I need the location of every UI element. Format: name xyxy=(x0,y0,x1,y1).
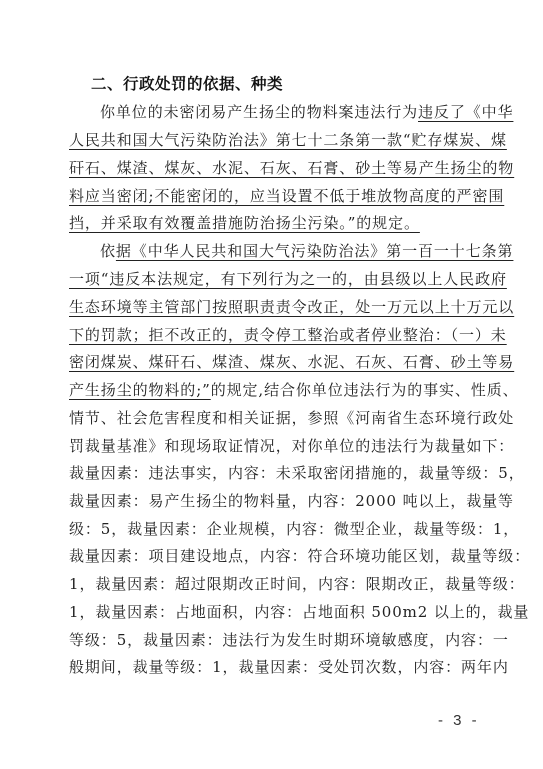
paragraph-line: 级：5，裁量因素：企业规模，内容：微型企业，裁量等级：1， xyxy=(69,519,477,539)
paragraph-line: 你单位的未密闭易产生扬尘的物料案违法行为违反了《中华 xyxy=(100,102,477,122)
paragraph-line: 1，裁量因素：超过限期改正时间，内容：限期改正，裁量等级： xyxy=(69,574,477,594)
paragraph-line: 料应当密闭;不能密闭的，应当设置不低于堆放物高度的严密围 xyxy=(69,186,477,206)
text-span: 你单位的未密闭易产生扬尘的物料案违法行为 xyxy=(100,103,418,121)
paragraph-line: 裁量因素：项目建设地点，内容：符合环境功能区划，裁量等级： xyxy=(69,546,477,566)
page-number: - 3 - xyxy=(438,712,480,729)
paragraph-line: 一项“违反本法规定，有下列行为之一的，由县级以上人民政府 xyxy=(69,269,477,289)
underlined-text: 据《中华人民共和国大气污染防治法》第一百一十七条第 xyxy=(116,242,514,260)
text-span: 依 xyxy=(100,242,116,260)
document-page: 二、行政处罚的依据、种类 你单位的未密闭易产生扬尘的物料案违法行为违反了《中华 … xyxy=(0,0,543,769)
paragraph-line: 挡，并采取有效覆盖措施防治扬尘污染。”的规定。 xyxy=(69,213,477,233)
section-heading: 二、行政处罚的依据、种类 xyxy=(91,72,283,94)
paragraph-line: 情节、社会危害程度和相关证据，参照《河南省生态环境行政处 xyxy=(69,408,477,428)
underlined-text: 违反了《中华 xyxy=(418,103,513,121)
paragraph-line: 裁量因素：易产生扬尘的物料量，内容：2000 吨以上，裁量等 xyxy=(69,491,477,511)
underlined-text: 产生扬尘的物料的;” xyxy=(69,381,211,399)
text-span: 的规定,结合你单位违法行为的事实、性质、 xyxy=(211,381,519,399)
paragraph-line: 生态环境等主管部门按照职责责令改正，处一万元以上十万元以 xyxy=(69,297,477,317)
paragraph-line: 产生扬尘的物料的;”的规定,结合你单位违法行为的事实、性质、 xyxy=(69,380,477,400)
paragraph-line: 依据《中华人民共和国大气污染防治法》第一百一十七条第 xyxy=(100,241,477,261)
paragraph-line: 下的罚款；拒不改正的，责令停工整治或者停业整治：（一）未 xyxy=(69,325,477,345)
paragraph-line: 等级：5，裁量因素：违法行为发生时期环境敏感度，内容：一 xyxy=(69,630,477,650)
paragraph-line: 罚裁量基准》和现场取证情况，对你单位的违法行为裁量如下： xyxy=(69,436,477,456)
paragraph-line: 般期间，裁量等级：1，裁量因素：受处罚次数，内容：两年内 xyxy=(69,657,477,677)
paragraph-line: 1，裁量因素：占地面积，内容：占地面积 500m2 以上的，裁量 xyxy=(69,602,477,622)
paragraph-line: 人民共和国大气污染防治法》第七十二条第一款“贮存煤炭、煤 xyxy=(69,130,477,150)
paragraph-line: 矸石、煤渣、煤灰、水泥、石灰、石膏、砂土等易产生扬尘的物 xyxy=(69,158,477,178)
underlined-text: 挡，并采取有效覆盖措施防治扬尘污染。”的规定。 xyxy=(69,214,420,232)
paragraph-line: 密闭煤炭、煤矸石、煤渣、煤灰、水泥、石灰、石膏、砂土等易 xyxy=(69,352,477,372)
paragraph-line: 裁量因素：违法事实，内容：未采取密闭措施的，裁量等级：5， xyxy=(69,463,477,483)
